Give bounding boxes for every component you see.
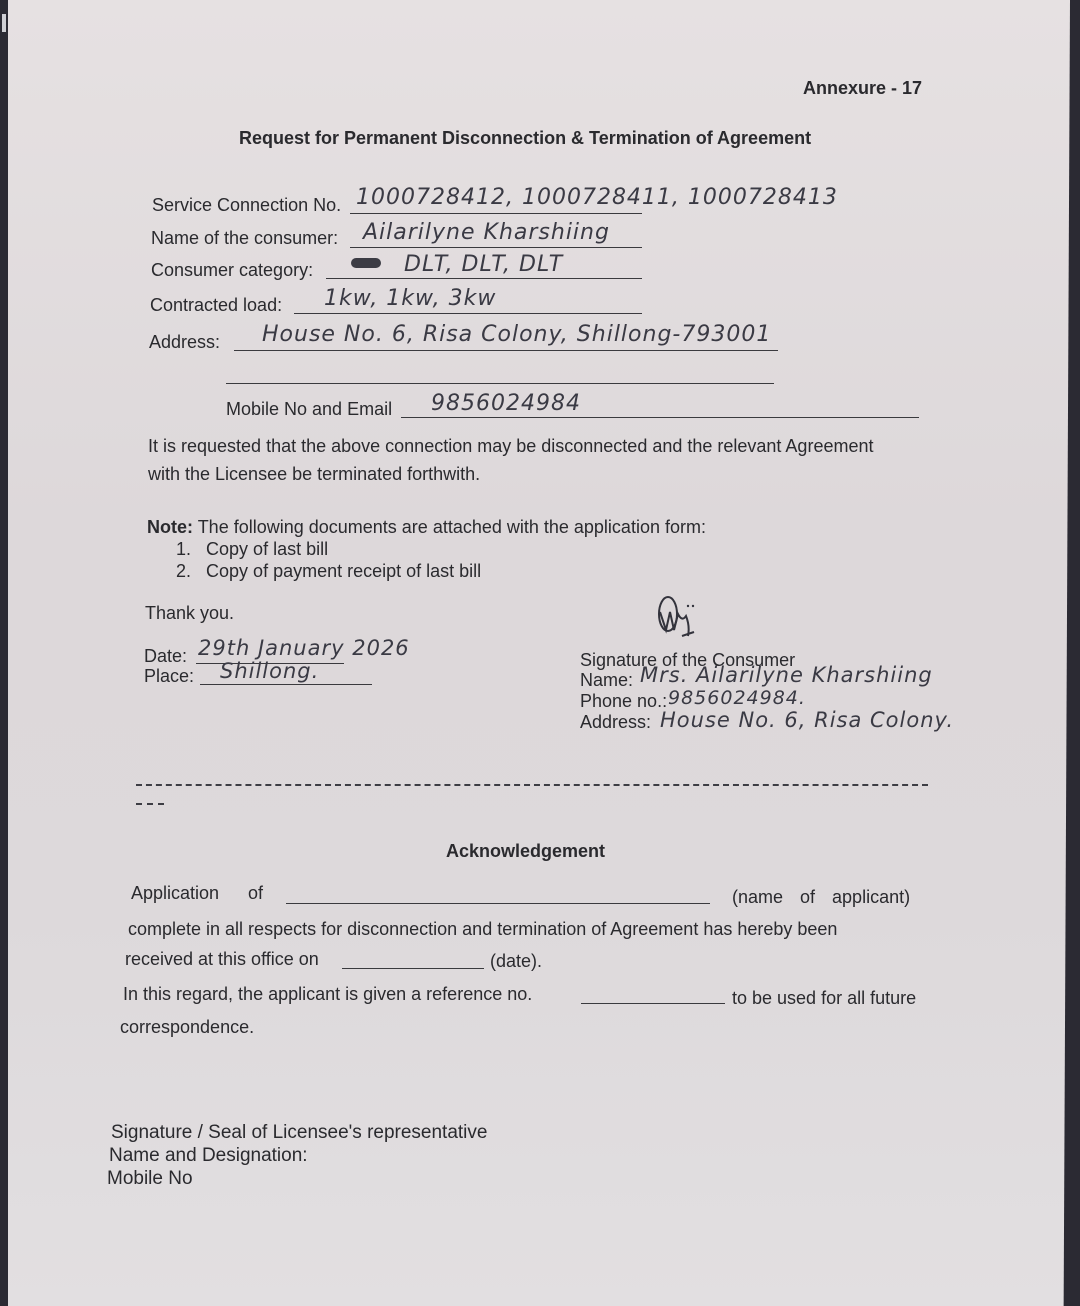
acknowledgement-title: Acknowledgement (446, 841, 605, 862)
licensee-name-designation-label: Name and Designation: (109, 1145, 308, 1167)
consumer-category-value[interactable]: DLT, DLT, DLT (404, 252, 563, 277)
thank-you-text: Thank you. (145, 603, 234, 624)
request-text-2: with the Licensee be terminated forthwit… (148, 464, 480, 485)
phone-value[interactable]: 9856024984. (668, 687, 806, 709)
scribble-mark (351, 258, 381, 268)
note-item-number: 2. (176, 561, 191, 581)
ack-line-1a: Application (131, 883, 219, 904)
address-label: Address: (149, 332, 220, 353)
address-underline (234, 350, 778, 351)
annexure-label: Annexure - 17 (803, 78, 922, 99)
consumer-signature-icon (648, 592, 708, 648)
consumer-name-value[interactable]: Ailarilyne Kharshiing (363, 220, 610, 245)
place-label: Place: (144, 666, 194, 687)
note-label: Note: (147, 517, 193, 537)
consumer-address-label: Address: (580, 712, 651, 733)
note-item-number: 1. (176, 539, 191, 559)
mobile-email-underline (401, 417, 919, 418)
received-date-field[interactable] (342, 968, 484, 969)
ack-line-5: correspondence. (120, 1017, 254, 1038)
mobile-email-label: Mobile No and Email (226, 399, 392, 420)
place-underline (200, 684, 372, 685)
date-value[interactable]: 29th January 2026 (198, 636, 410, 660)
consumer-name-underline (350, 247, 642, 248)
ack-line-2: complete in all respects for disconnecti… (128, 919, 837, 940)
note-text: The following documents are attached wit… (198, 517, 706, 537)
phone-label: Phone no.: (580, 691, 667, 712)
ack-line-3a: received at this office on (125, 949, 319, 970)
note-item: 2. Copy of payment receipt of last bill (176, 561, 481, 582)
consumer-address-value[interactable]: House No. 6, Risa Colony. (660, 708, 954, 732)
applicant-name-field[interactable] (286, 903, 710, 904)
address-value[interactable]: House No. 6, Risa Colony, Shillong-79300… (262, 322, 771, 347)
form-paper: Annexure - 17 Request for Permanent Disc… (8, 0, 1070, 1306)
mobile-email-value[interactable]: 9856024984 (431, 391, 581, 416)
ack-line-4b: to be used for all future (732, 988, 916, 1009)
licensee-mobile-label: Mobile No (107, 1168, 193, 1190)
ack-line-4a: In this regard, the applicant is given a… (123, 984, 532, 1005)
edge-mark (2, 14, 6, 32)
licensee-signature-label: Signature / Seal of Licensee's represent… (111, 1122, 487, 1144)
contracted-load-value[interactable]: 1kw, 1kw, 3kw (324, 286, 496, 311)
ack-line-1c: (name of applicant) (732, 887, 910, 908)
note-item-text: Copy of last bill (206, 539, 328, 559)
consumer-name-value-2[interactable]: Mrs. Ailarilyne Kharshiing (640, 663, 933, 687)
contracted-load-label: Contracted load: (150, 295, 282, 316)
document-title: Request for Permanent Disconnection & Te… (239, 128, 811, 149)
place-value[interactable]: Shillong. (220, 659, 319, 683)
service-connection-label: Service Connection No. (152, 195, 341, 216)
address-underline-2 (226, 383, 774, 384)
section-divider (136, 784, 928, 786)
note: Note: The following documents are attach… (147, 517, 706, 538)
section-divider-tail (136, 803, 164, 805)
ack-line-3b: (date). (490, 951, 542, 972)
service-connection-underline (350, 213, 642, 214)
reference-no-field[interactable] (581, 1003, 725, 1004)
consumer-name-label: Name of the consumer: (151, 228, 338, 249)
service-connection-value[interactable]: 1000728412, 1000728411, 1000728413 (356, 185, 838, 210)
consumer-category-label: Consumer category: (151, 260, 313, 281)
request-text: It is requested that the above connectio… (148, 436, 873, 457)
consumer-category-underline (326, 278, 642, 279)
date-label: Date: (144, 646, 187, 667)
note-item-text: Copy of payment receipt of last bill (206, 561, 481, 581)
consumer-name-label-2: Name: (580, 670, 633, 691)
note-item: 1. Copy of last bill (176, 539, 328, 560)
ack-line-1b: of (248, 883, 263, 904)
contracted-load-underline (294, 313, 642, 314)
